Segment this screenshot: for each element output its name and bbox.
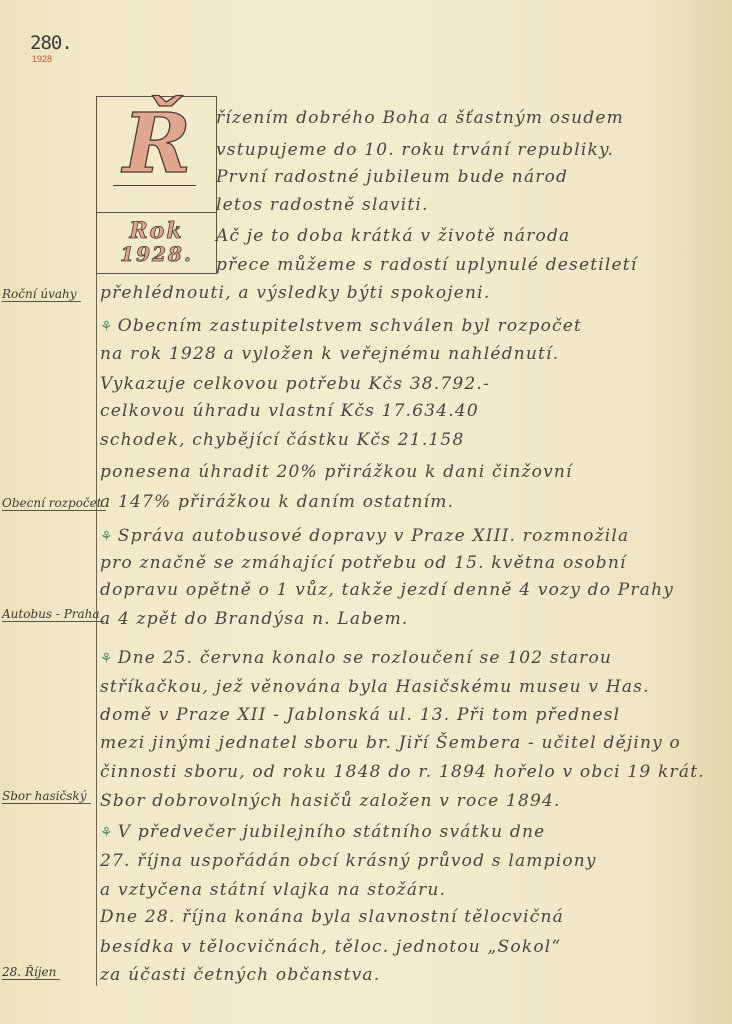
text-line: Ač je to doba krátká v životě národa <box>216 226 570 246</box>
text-line-content: Ač je to doba krátká v životě národa <box>216 226 570 246</box>
text-line: pro značně se zmáhající potřebu od 15. k… <box>100 553 627 573</box>
text-line: letos radostně slaviti. <box>216 195 429 215</box>
text-line: celkovou úhradu vlastní Kčs 17.634.40 <box>100 401 479 421</box>
margin-note: 28. Říjen <box>2 965 60 980</box>
text-line: přece můžeme s radostí uplynulé desetile… <box>216 255 637 275</box>
text-line: Sbor dobrovolných hasičů založen v roce … <box>100 791 561 811</box>
text-line: a vztyčena státní vlajka na stožáru. <box>100 880 446 900</box>
paragraph-mark-icon: ⚘ <box>100 825 114 841</box>
page-year-stamp: 1928 <box>32 54 52 64</box>
text-line: na rok 1928 a vyložen k veřejnému nahléd… <box>100 344 559 364</box>
text-line-content: přece můžeme s radostí uplynulé desetile… <box>216 255 637 275</box>
text-line: stříkačkou, jež věnována byla Hasičskému… <box>100 677 650 697</box>
text-line-content: vstupujeme do 10. roku trvání republiky. <box>216 140 614 160</box>
year-value: 1928. <box>97 244 216 264</box>
text-line: dopravu opětně o 1 vůz, takže jezdí denn… <box>100 580 674 600</box>
text-line: ⚘Obecním zastupitelstvem schválen byl ro… <box>100 316 582 336</box>
text-line-content: besídka v tělocvičnách, těloc. jednotou … <box>100 937 561 957</box>
text-line: mezi jinými jednatel sboru br. Jiří Šemb… <box>100 733 681 753</box>
text-line-content: Sbor dobrovolných hasičů založen v roce … <box>100 791 561 811</box>
text-line-content: dopravu opětně o 1 vůz, takže jezdí denn… <box>100 580 674 600</box>
text-line-content: Správa autobusové dopravy v Praze XIII. … <box>118 526 630 546</box>
text-line: Vykazuje celkovou potřebu Kčs 38.792.- <box>100 374 490 394</box>
text-line-content: činnosti sboru, od roku 1848 do r. 1894 … <box>100 762 705 782</box>
margin-note: Sbor hasičský <box>2 789 91 804</box>
text-line-content: Dne 25. června konalo se rozloučení se 1… <box>118 648 612 668</box>
text-line-content: V předvečer jubilejního státního svátku … <box>118 822 546 842</box>
text-line-content: řízením dobrého Boha a šťastným osudem <box>216 108 624 128</box>
text-line: besídka v tělocvičnách, těloc. jednotou … <box>100 937 561 957</box>
text-line-content: a 147% přirážkou k daním ostatním. <box>100 492 454 512</box>
text-line: řízením dobrého Boha a šťastným osudem <box>216 108 624 128</box>
page-number: 280. <box>30 32 72 54</box>
paragraph-mark-icon: ⚘ <box>100 651 114 667</box>
text-line: ⚘Správa autobusové dopravy v Praze XIII.… <box>100 526 629 546</box>
paragraph-mark-icon: ⚘ <box>100 319 114 335</box>
text-line-content: První radostné jubileum bude národ <box>216 167 568 187</box>
text-line: ⚘V předvečer jubilejního státního svátku… <box>100 822 545 842</box>
text-line: ponesena úhradit 20% přirážkou k dani či… <box>100 462 573 482</box>
text-line-content: a vztyčena státní vlajka na stožáru. <box>100 880 446 900</box>
text-line-content: přehlédnouti, a výsledky býti spokojeni. <box>100 283 490 303</box>
decorated-initial: Ř <box>97 97 216 213</box>
text-line-content: letos radostně slaviti. <box>216 195 429 215</box>
text-line-content: na rok 1928 a vyložen k veřejnému nahléd… <box>100 344 559 364</box>
text-line-content: domě v Praze XII - Jablonská ul. 13. Při… <box>100 705 620 725</box>
chapter-heading-box: Ř Rok 1928. <box>96 96 217 274</box>
text-line: První radostné jubileum bude národ <box>216 167 568 187</box>
text-line: činnosti sboru, od roku 1848 do r. 1894 … <box>100 762 705 782</box>
year-label: Rok <box>97 213 216 244</box>
text-line: Dne 28. října konána byla slavnostní těl… <box>100 907 564 927</box>
text-line-content: za účasti četných občanstva. <box>100 965 380 985</box>
text-line: a 4 zpět do Brandýsa n. Labem. <box>100 609 409 629</box>
margin-note: Roční úvahy <box>2 287 81 302</box>
text-line-content: 27. října uspořádán obcí krásný průvod s… <box>100 851 597 871</box>
text-line-content: celkovou úhradu vlastní Kčs 17.634.40 <box>100 401 479 421</box>
initial-letter: Ř <box>123 103 191 185</box>
text-line: přehlédnouti, a výsledky býti spokojeni. <box>100 283 490 303</box>
text-line: domě v Praze XII - Jablonská ul. 13. Při… <box>100 705 620 725</box>
text-line-content: Obecním zastupitelstvem schválen byl roz… <box>118 316 582 336</box>
text-line-content: ponesena úhradit 20% přirážkou k dani či… <box>100 462 573 482</box>
text-line-content: Dne 28. října konána byla slavnostní těl… <box>100 907 564 927</box>
text-line-content: mezi jinými jednatel sboru br. Jiří Šemb… <box>100 733 681 753</box>
year-heading: Rok 1928. <box>97 213 216 273</box>
text-line-content: pro značně se zmáhající potřebu od 15. k… <box>100 553 627 573</box>
text-line: a 147% přirážkou k daním ostatním. <box>100 492 454 512</box>
margin-note: Autobus - Praha <box>2 607 104 622</box>
text-line-content: a 4 zpět do Brandýsa n. Labem. <box>100 609 409 629</box>
initial-baseline <box>113 185 196 186</box>
margin-note: Obecní rozpočet <box>2 496 106 511</box>
text-line: ⚘Dne 25. června konalo se rozloučení se … <box>100 648 612 668</box>
text-line: 27. října uspořádán obcí krásný průvod s… <box>100 851 597 871</box>
text-line: schodek, chybějící částku Kčs 21.158 <box>100 430 464 450</box>
text-line-content: schodek, chybějící částku Kčs 21.158 <box>100 430 464 450</box>
text-line: za účasti četných občanstva. <box>100 965 380 985</box>
text-line-content: stříkačkou, jež věnována byla Hasičskému… <box>100 677 650 697</box>
text-line-content: Vykazuje celkovou potřebu Kčs 38.792.- <box>100 374 490 394</box>
text-line: vstupujeme do 10. roku trvání republiky. <box>216 140 614 160</box>
paragraph-mark-icon: ⚘ <box>100 529 114 545</box>
